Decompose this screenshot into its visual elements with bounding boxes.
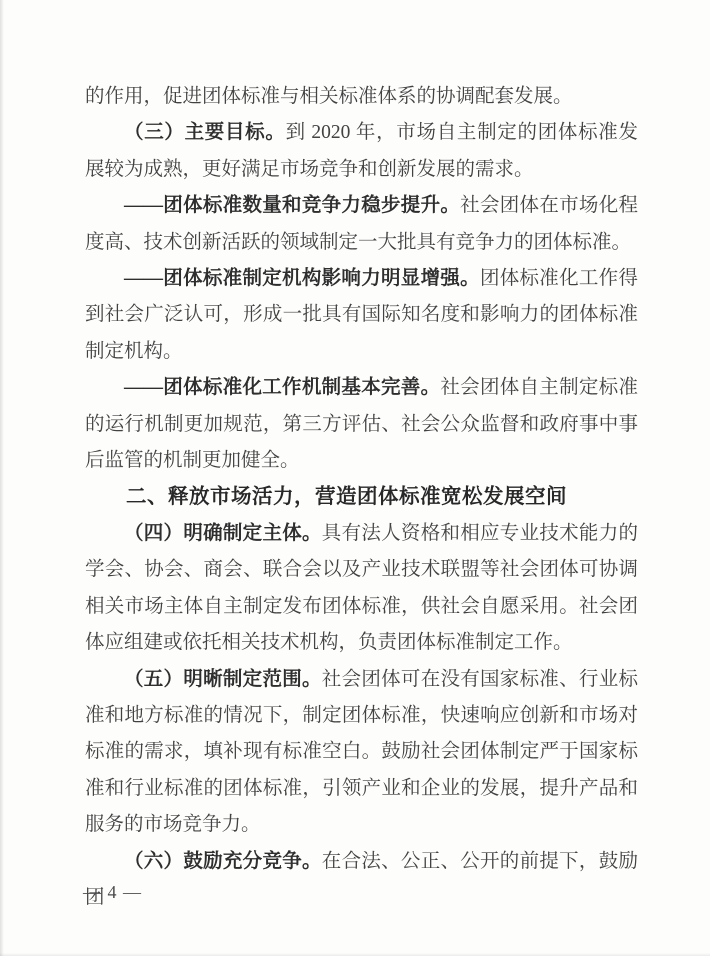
paragraph-lead: ——团体标准数量和竞争力稳步提升。: [124, 195, 460, 216]
paragraph-item-4: （四）明确制定主体。具有法人资格和相应专业技术能力的学会、协会、商会、联合会以及…: [85, 516, 638, 662]
page-number: — 4 —: [83, 882, 142, 903]
paragraph-lead: （三）主要目标。: [124, 122, 286, 143]
section-heading: 二、释放市场活力，营造团体标准宽松发展空间: [85, 479, 638, 515]
paragraph-item-5: （五）明晰制定范围。社会团体可在没有国家标准、行业标准和地方标准的情况下，制定团…: [85, 662, 638, 844]
scanned-document-page: 的作用，促进团体标准与相关标准体系的协调配套发展。 （三）主要目标。到 2020…: [0, 0, 710, 956]
paragraph-text: 社会团体可在没有国家标准、行业标准和地方标准的情况下，制定团体标准，快速响应创新…: [85, 669, 638, 836]
paragraph-lead: （四）明确制定主体。: [124, 523, 322, 544]
section-heading-text: 二、释放市场活力，营造团体标准宽松发展空间: [126, 485, 567, 508]
paragraph-item-3: （三）主要目标。到 2020 年，市场自主制定的团体标准发展较为成熟，更好满足市…: [85, 115, 638, 188]
paragraph-lead: （六）鼓励充分竞争。: [124, 851, 322, 872]
scan-edge-artifact: [0, 0, 4, 956]
paragraph-dash-3: ——团体标准化工作机制基本完善。社会团体自主制定标准的运行机制更加规范，第三方评…: [85, 370, 638, 479]
paragraph-continuation: 的作用，促进团体标准与相关标准体系的协调配套发展。: [85, 79, 638, 115]
paragraph-dash-2: ——团体标准制定机构影响力明显增强。团体标准化工作得到社会广泛认可，形成一批具有…: [85, 261, 638, 370]
paragraph-dash-1: ——团体标准数量和竞争力稳步提升。社会团体在市场化程度高、技术创新活跃的领域制定…: [85, 188, 638, 261]
paragraph-item-6: （六）鼓励充分竞争。在合法、公正、公开的前提下，鼓励团: [85, 844, 638, 917]
paragraph-text: 的作用，促进团体标准与相关标准体系的协调配套发展。: [85, 86, 573, 107]
document-body: 的作用，促进团体标准与相关标准体系的协调配套发展。 （三）主要目标。到 2020…: [85, 79, 638, 916]
paragraph-lead: ——团体标准化工作机制基本完善。: [124, 377, 440, 398]
paragraph-lead: ——团体标准制定机构影响力明显增强。: [124, 268, 480, 289]
paragraph-lead: （五）明晰制定范围。: [124, 669, 322, 690]
